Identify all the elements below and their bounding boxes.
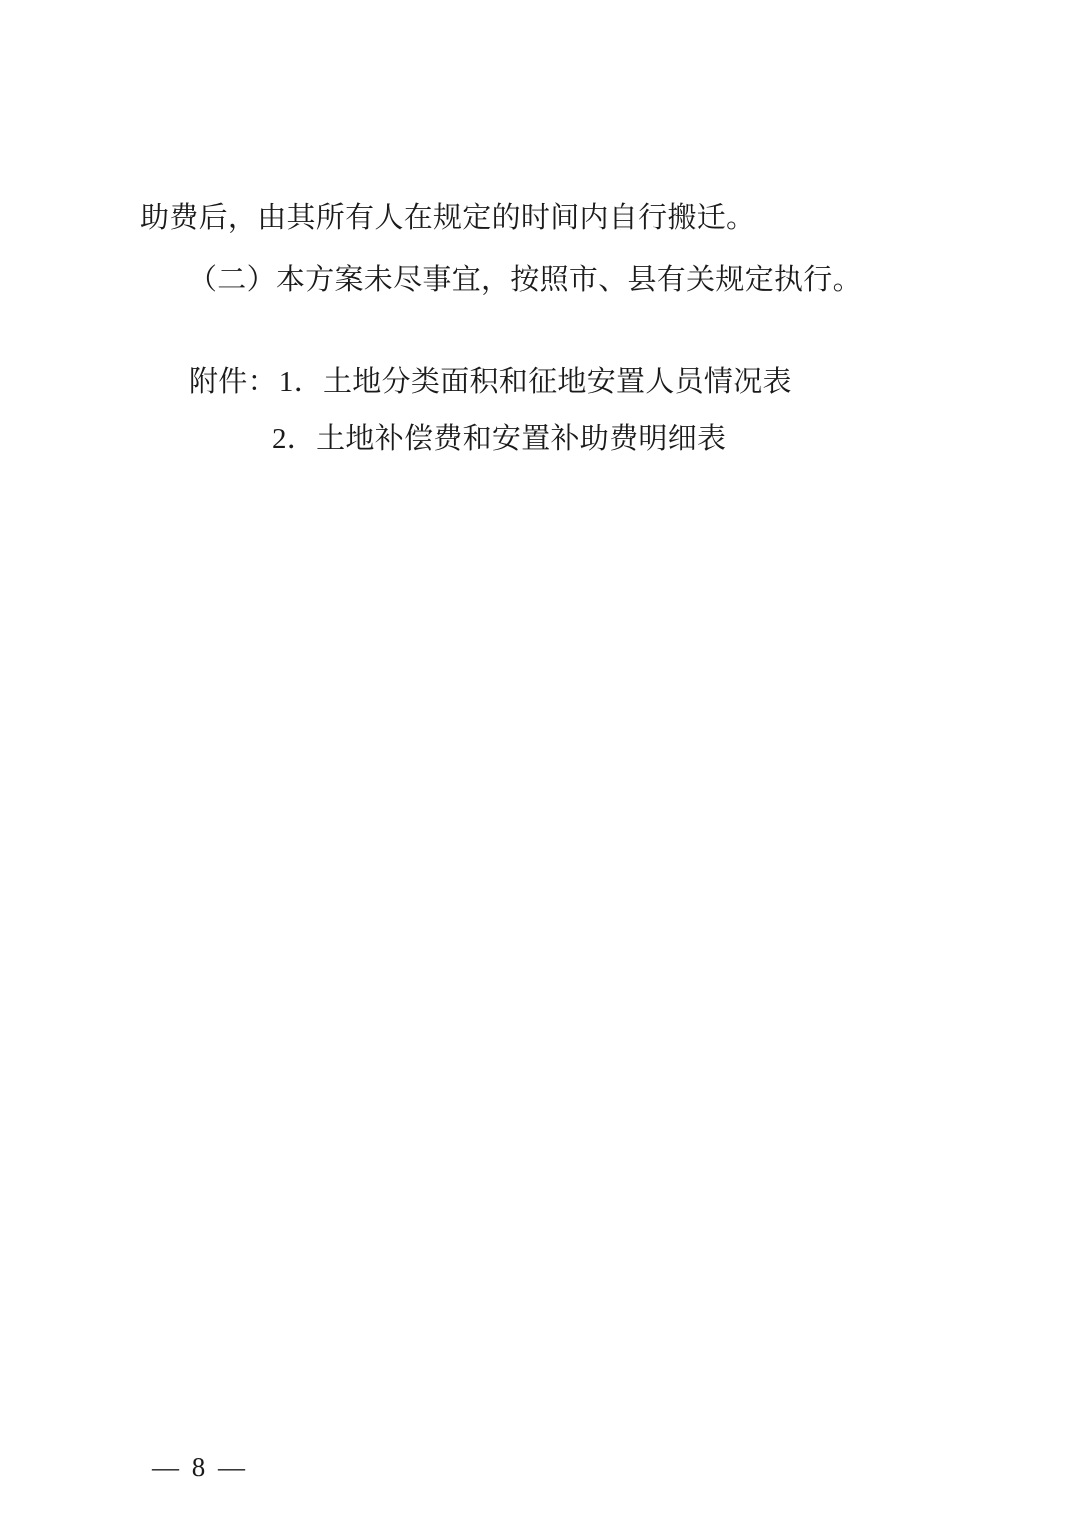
attachment-item-2: 2．土地补偿费和安置补助费明细表 — [272, 421, 726, 457]
attachment-item-1: 1．土地分类面积和征地安置人员情况表 — [279, 366, 792, 398]
paragraph-item-two: （二）本方案未尽事宜，按照市、县有关规定执行。 — [188, 262, 862, 298]
page-number: — 8 — — [152, 1450, 248, 1484]
attachment-line-1: 附件：1．土地分类面积和征地安置人员情况表 — [189, 364, 792, 400]
document-page: 助费后，由其所有人在规定的时间内自行搬迁。 （二）本方案未尽事宜，按照市、县有关… — [0, 0, 1074, 1520]
paragraph-line-continuation: 助费后，由其所有人在规定的时间内自行搬迁。 — [140, 200, 755, 236]
attachment-label: 附件： — [189, 366, 277, 398]
